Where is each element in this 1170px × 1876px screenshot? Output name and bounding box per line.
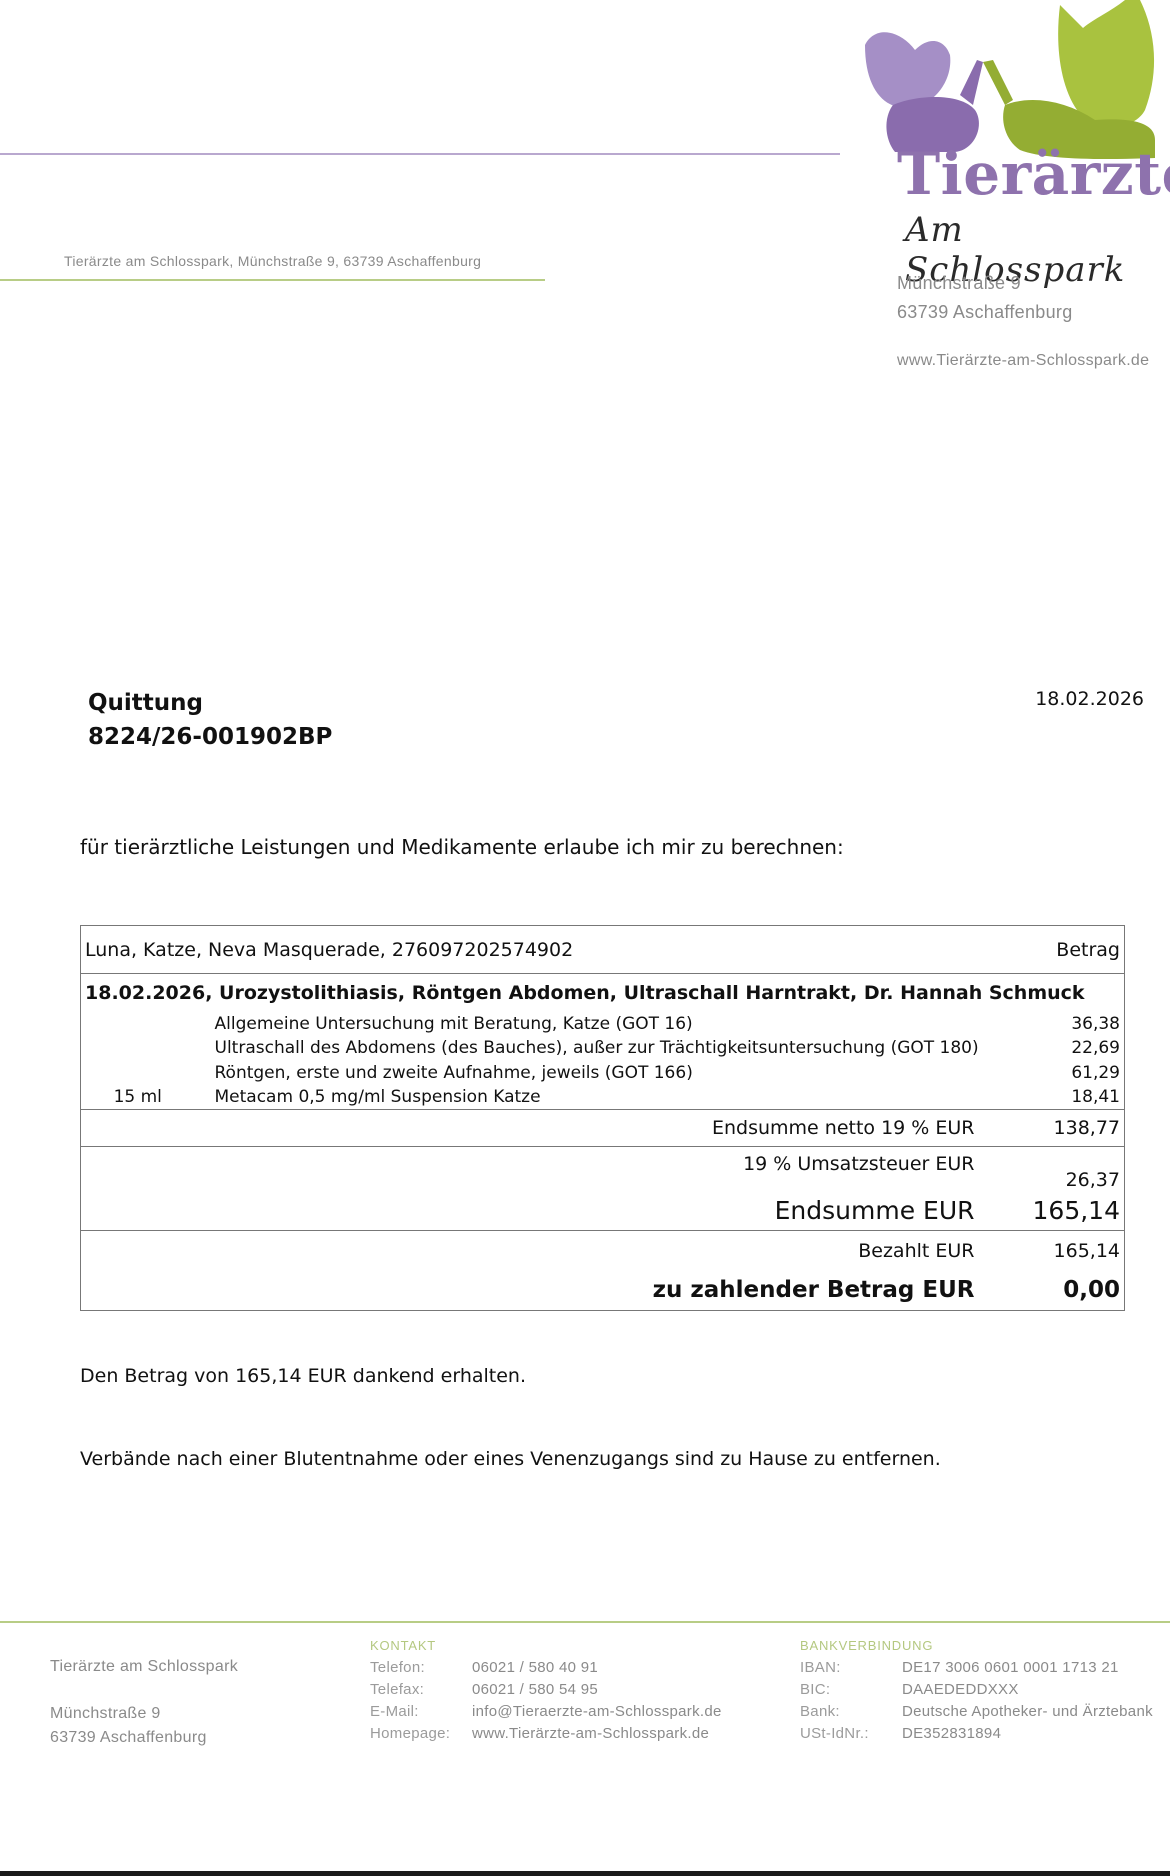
item-qty (81, 1061, 211, 1086)
net-total-label: Endsumme netto 19 % EUR (81, 1110, 1005, 1147)
table-row: Ultraschall des Abdomens (des Bauches), … (81, 1036, 1125, 1061)
page-bottom-edge (0, 1871, 1170, 1876)
intro-text: für tierärztliche Leistungen und Medikam… (80, 835, 844, 859)
footer-divider-green (0, 1621, 1170, 1623)
footer-contact: KONTAKT Telefon:06021 / 580 40 91 Telefa… (370, 1635, 722, 1745)
contact-homepage: Homepage:www.Tierärzte-am-Schlosspark.de (370, 1723, 722, 1745)
amount-due-value: 0,00 (1005, 1271, 1125, 1311)
table-row: 15 ml Metacam 0,5 mg/ml Suspension Katze… (81, 1085, 1125, 1110)
item-amount: 61,29 (1005, 1061, 1125, 1086)
contact-heading: KONTAKT (370, 1635, 722, 1657)
item-description: Metacam 0,5 mg/ml Suspension Katze (211, 1085, 1005, 1110)
homepage-link[interactable]: www.Tierärzte-am-Schlosspark.de (472, 1723, 709, 1745)
item-amount: 36,38 (1005, 1012, 1125, 1037)
vat-value: 26,37 (1005, 1147, 1125, 1191)
bank-vat-id: USt-IdNr.:DE352831894 (800, 1723, 1153, 1745)
brand-title: Tierärzte (897, 140, 1170, 208)
footer-practice-name: Tierärzte am Schlosspark (50, 1658, 238, 1676)
grand-total-label: Endsumme EUR (81, 1191, 1005, 1231)
document-date: 18.02.2026 (1035, 688, 1144, 710)
patient-info: Luna, Katze, Neva Masquerade, 2760972025… (81, 926, 1005, 974)
footer-city: 63739 Aschaffenburg (50, 1726, 207, 1750)
item-qty (81, 1036, 211, 1061)
invoice-table: Luna, Katze, Neva Masquerade, 2760972025… (80, 925, 1125, 1311)
net-total-row: Endsumme netto 19 % EUR 138,77 (81, 1110, 1125, 1147)
payment-received-note: Den Betrag von 165,14 EUR dankend erhalt… (80, 1365, 526, 1387)
header-divider-purple (0, 153, 840, 155)
net-total-value: 138,77 (1005, 1110, 1125, 1147)
amount-due-row: zu zahlender Betrag EUR 0,00 (81, 1271, 1125, 1311)
grand-total-value: 165,14 (1005, 1191, 1125, 1231)
paid-row: Bezahlt EUR 165,14 (81, 1231, 1125, 1271)
receipt-number: 8224/26-001902BP (88, 720, 332, 754)
amount-due-label: zu zahlender Betrag EUR (81, 1271, 1005, 1311)
paid-label: Bezahlt EUR (81, 1231, 1005, 1271)
item-qty: 15 ml (81, 1085, 211, 1110)
vat-row: 19 % Umsatzsteuer EUR 26,37 (81, 1147, 1125, 1191)
sender-return-address: Tierärzte am Schlosspark, Münchstraße 9,… (64, 253, 481, 269)
treatment-section-title-row: 18.02.2026, Urozystolithiasis, Röntgen A… (81, 974, 1125, 1012)
item-amount: 18,41 (1005, 1085, 1125, 1110)
contact-fax: Telefax:06021 / 580 54 95 (370, 1679, 722, 1701)
bank-bic: BIC:DAAEDEDDXXX (800, 1679, 1153, 1701)
table-row: Allgemeine Untersuchung mit Beratung, Ka… (81, 1012, 1125, 1037)
bank-name: Bank:Deutsche Apotheker- und Ärztebank (800, 1701, 1153, 1723)
bandage-note: Verbände nach einer Blutentnahme oder ei… (80, 1448, 941, 1470)
sender-underline-green (0, 279, 545, 281)
amount-header: Betrag (1005, 926, 1125, 974)
item-description: Ultraschall des Abdomens (des Bauches), … (211, 1036, 1005, 1061)
phone-value: 06021 / 580 40 91 (472, 1657, 598, 1679)
paid-value: 165,14 (1005, 1231, 1125, 1271)
item-description: Röntgen, erste und zweite Aufnahme, jewe… (211, 1061, 1005, 1086)
bank-iban: IBAN:DE17 3006 0601 0001 1713 21 (800, 1657, 1153, 1679)
grand-total-row: Endsumme EUR 165,14 (81, 1191, 1125, 1231)
email-link[interactable]: info@Tieraerzte-am-Schlosspark.de (472, 1701, 722, 1723)
item-description: Allgemeine Untersuchung mit Beratung, Ka… (211, 1012, 1005, 1037)
document-heading: Quittung 8224/26-001902BP (88, 686, 332, 754)
table-header-row: Luna, Katze, Neva Masquerade, 2760972025… (81, 926, 1125, 974)
footer-address: Münchstraße 9 63739 Aschaffenburg (50, 1702, 207, 1750)
header-website: www.Tierärzte-am-Schlosspark.de (897, 352, 1149, 370)
contact-email: E-Mail:info@Tieraerzte-am-Schlosspark.de (370, 1701, 722, 1723)
bank-heading: BANKVERBINDUNG (800, 1635, 1153, 1657)
item-qty (81, 1012, 211, 1037)
header-address-street: Münchstraße 9 (897, 273, 1021, 294)
treatment-section-title: 18.02.2026, Urozystolithiasis, Röntgen A… (81, 974, 1125, 1012)
document-title: Quittung (88, 686, 332, 720)
fax-value: 06021 / 580 54 95 (472, 1679, 598, 1701)
footer-street: Münchstraße 9 (50, 1702, 207, 1726)
item-amount: 22,69 (1005, 1036, 1125, 1061)
header-address-city: 63739 Aschaffenburg (897, 302, 1073, 323)
table-row: Röntgen, erste und zweite Aufnahme, jewe… (81, 1061, 1125, 1086)
vat-label: 19 % Umsatzsteuer EUR (81, 1147, 1005, 1191)
contact-phone: Telefon:06021 / 580 40 91 (370, 1657, 722, 1679)
footer-bank: BANKVERBINDUNG IBAN:DE17 3006 0601 0001 … (800, 1635, 1153, 1745)
